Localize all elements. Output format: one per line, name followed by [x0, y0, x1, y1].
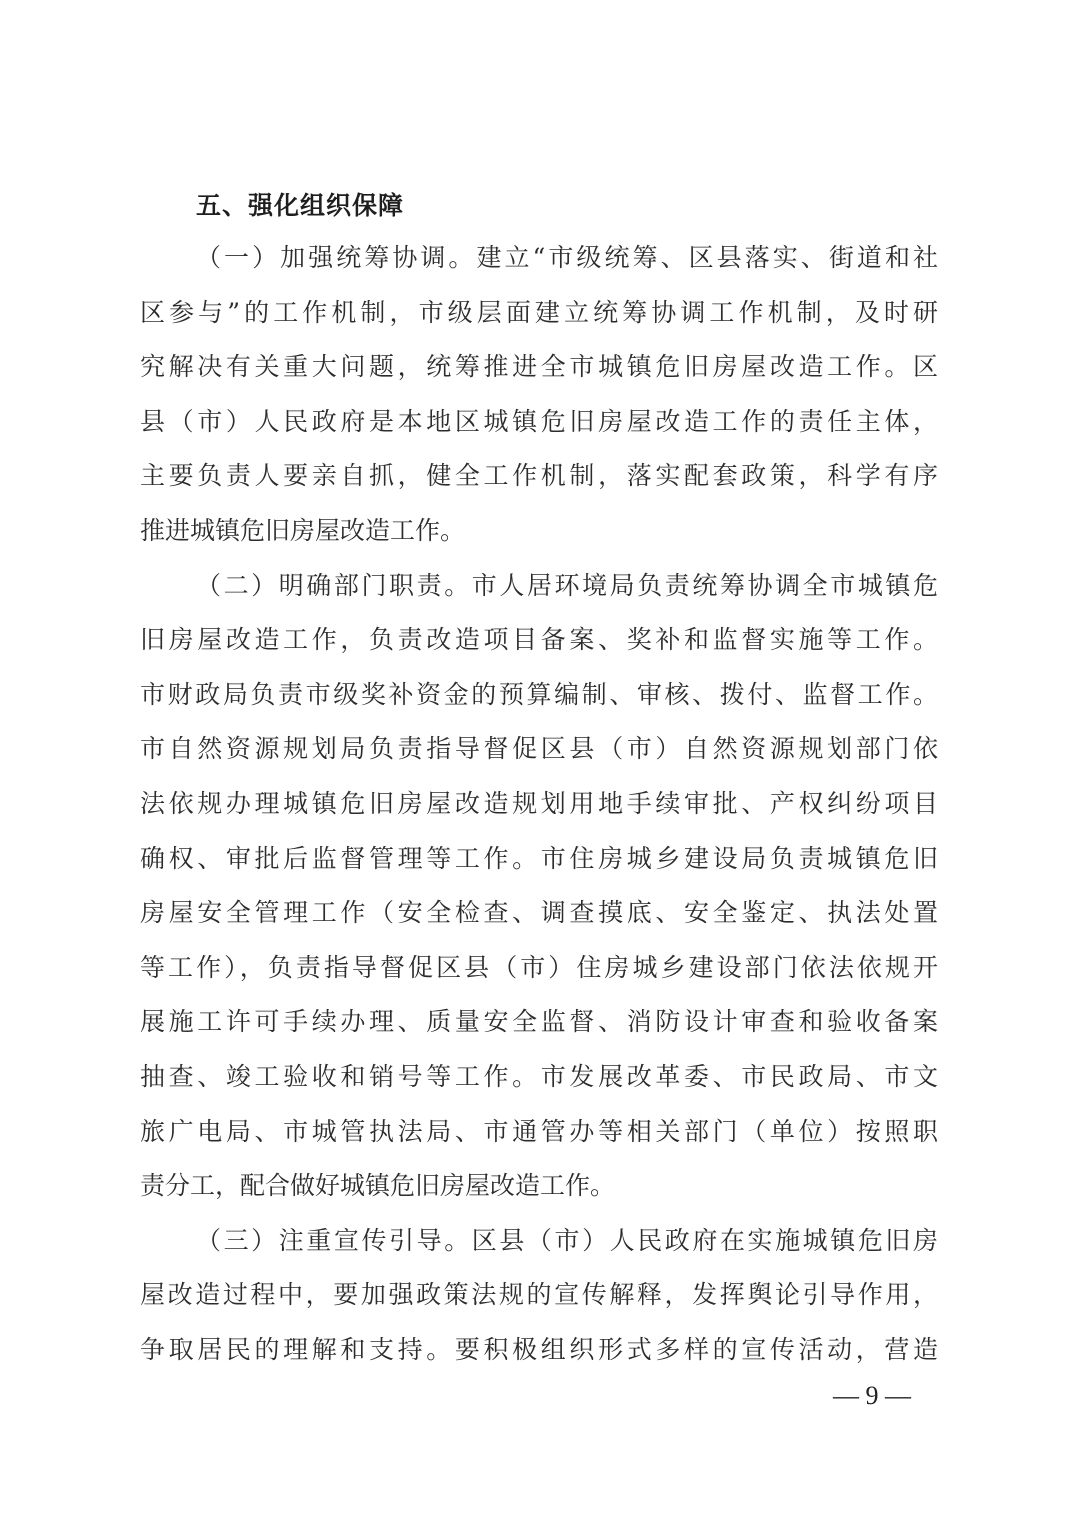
paragraph-coordination: （一）加强统筹协调。建立“市级统筹、区县落实、街道和社 区参与”的工作机制，市级…: [140, 231, 938, 559]
text-line: 推进城镇危旧房屋改造工作。: [140, 504, 938, 559]
text-line: 区参与”的工作机制，市级层面建立统筹协调工作机制，及时研: [140, 286, 938, 341]
text-line: 屋改造过程中，要加强政策法规的宣传解释，发挥舆论引导作用，: [140, 1268, 938, 1323]
text-line: 法依规办理城镇危旧房屋改造规划用地手续审批、产权纠纷项目: [140, 777, 938, 832]
paragraph-publicity: （三）注重宣传引导。区县（市）人民政府在实施城镇危旧房 屋改造过程中，要加强政策…: [140, 1214, 938, 1378]
text-line: 争取居民的理解和支持。要积极组织形式多样的宣传活动，营造: [140, 1323, 938, 1378]
text-line: 责分工，配合做好城镇危旧房屋改造工作。: [140, 1159, 938, 1214]
text-line: （三）注重宣传引导。区县（市）人民政府在实施城镇危旧房: [140, 1214, 938, 1269]
text-line: 旅广电局、市城管执法局、市通管办等相关部门（单位）按照职: [140, 1105, 938, 1160]
text-line: 县（市）人民政府是本地区城镇危旧房屋改造工作的责任主体，: [140, 395, 938, 450]
paragraph-department-duties: （二）明确部门职责。市人居环境局负责统筹协调全市城镇危 旧房屋改造工作，负责改造…: [140, 559, 938, 1214]
text-line: 等工作），负责指导督促区县（市）住房城乡建设部门依法依规开: [140, 941, 938, 996]
text-line: 房屋安全管理工作（安全检查、调查摸底、安全鉴定、执法处置: [140, 886, 938, 941]
text-line: 旧房屋改造工作，负责改造项目备案、奖补和监督实施等工作。: [140, 613, 938, 668]
text-line: （一）加强统筹协调。建立“市级统筹、区县落实、街道和社: [140, 231, 938, 286]
document-page: 五、强化组织保障 （一）加强统筹协调。建立“市级统筹、区县落实、街道和社 区参与…: [0, 0, 1074, 1520]
text-line: 市财政局负责市级奖补资金的预算编制、审核、拨付、监督工作。: [140, 668, 938, 723]
text-line: 市自然资源规划局负责指导督促区县（市）自然资源规划部门依: [140, 722, 938, 777]
text-line: 抽查、竣工验收和销号等工作。市发展改革委、市民政局、市文: [140, 1050, 938, 1105]
page-number: — 9 —: [822, 1376, 922, 1416]
section-heading: 五、强化组织保障: [196, 181, 938, 231]
text-line: 究解决有关重大问题，统筹推进全市城镇危旧房屋改造工作。区: [140, 340, 938, 395]
text-line: （二）明确部门职责。市人居环境局负责统筹协调全市城镇危: [140, 559, 938, 614]
document-body: 五、强化组织保障 （一）加强统筹协调。建立“市级统筹、区县落实、街道和社 区参与…: [140, 181, 938, 1377]
text-line: 确权、审批后监督管理等工作。市住房城乡建设局负责城镇危旧: [140, 832, 938, 887]
text-line: 主要负责人要亲自抓，健全工作机制，落实配套政策，科学有序: [140, 449, 938, 504]
text-line: 展施工许可手续办理、质量安全监督、消防设计审查和验收备案: [140, 995, 938, 1050]
